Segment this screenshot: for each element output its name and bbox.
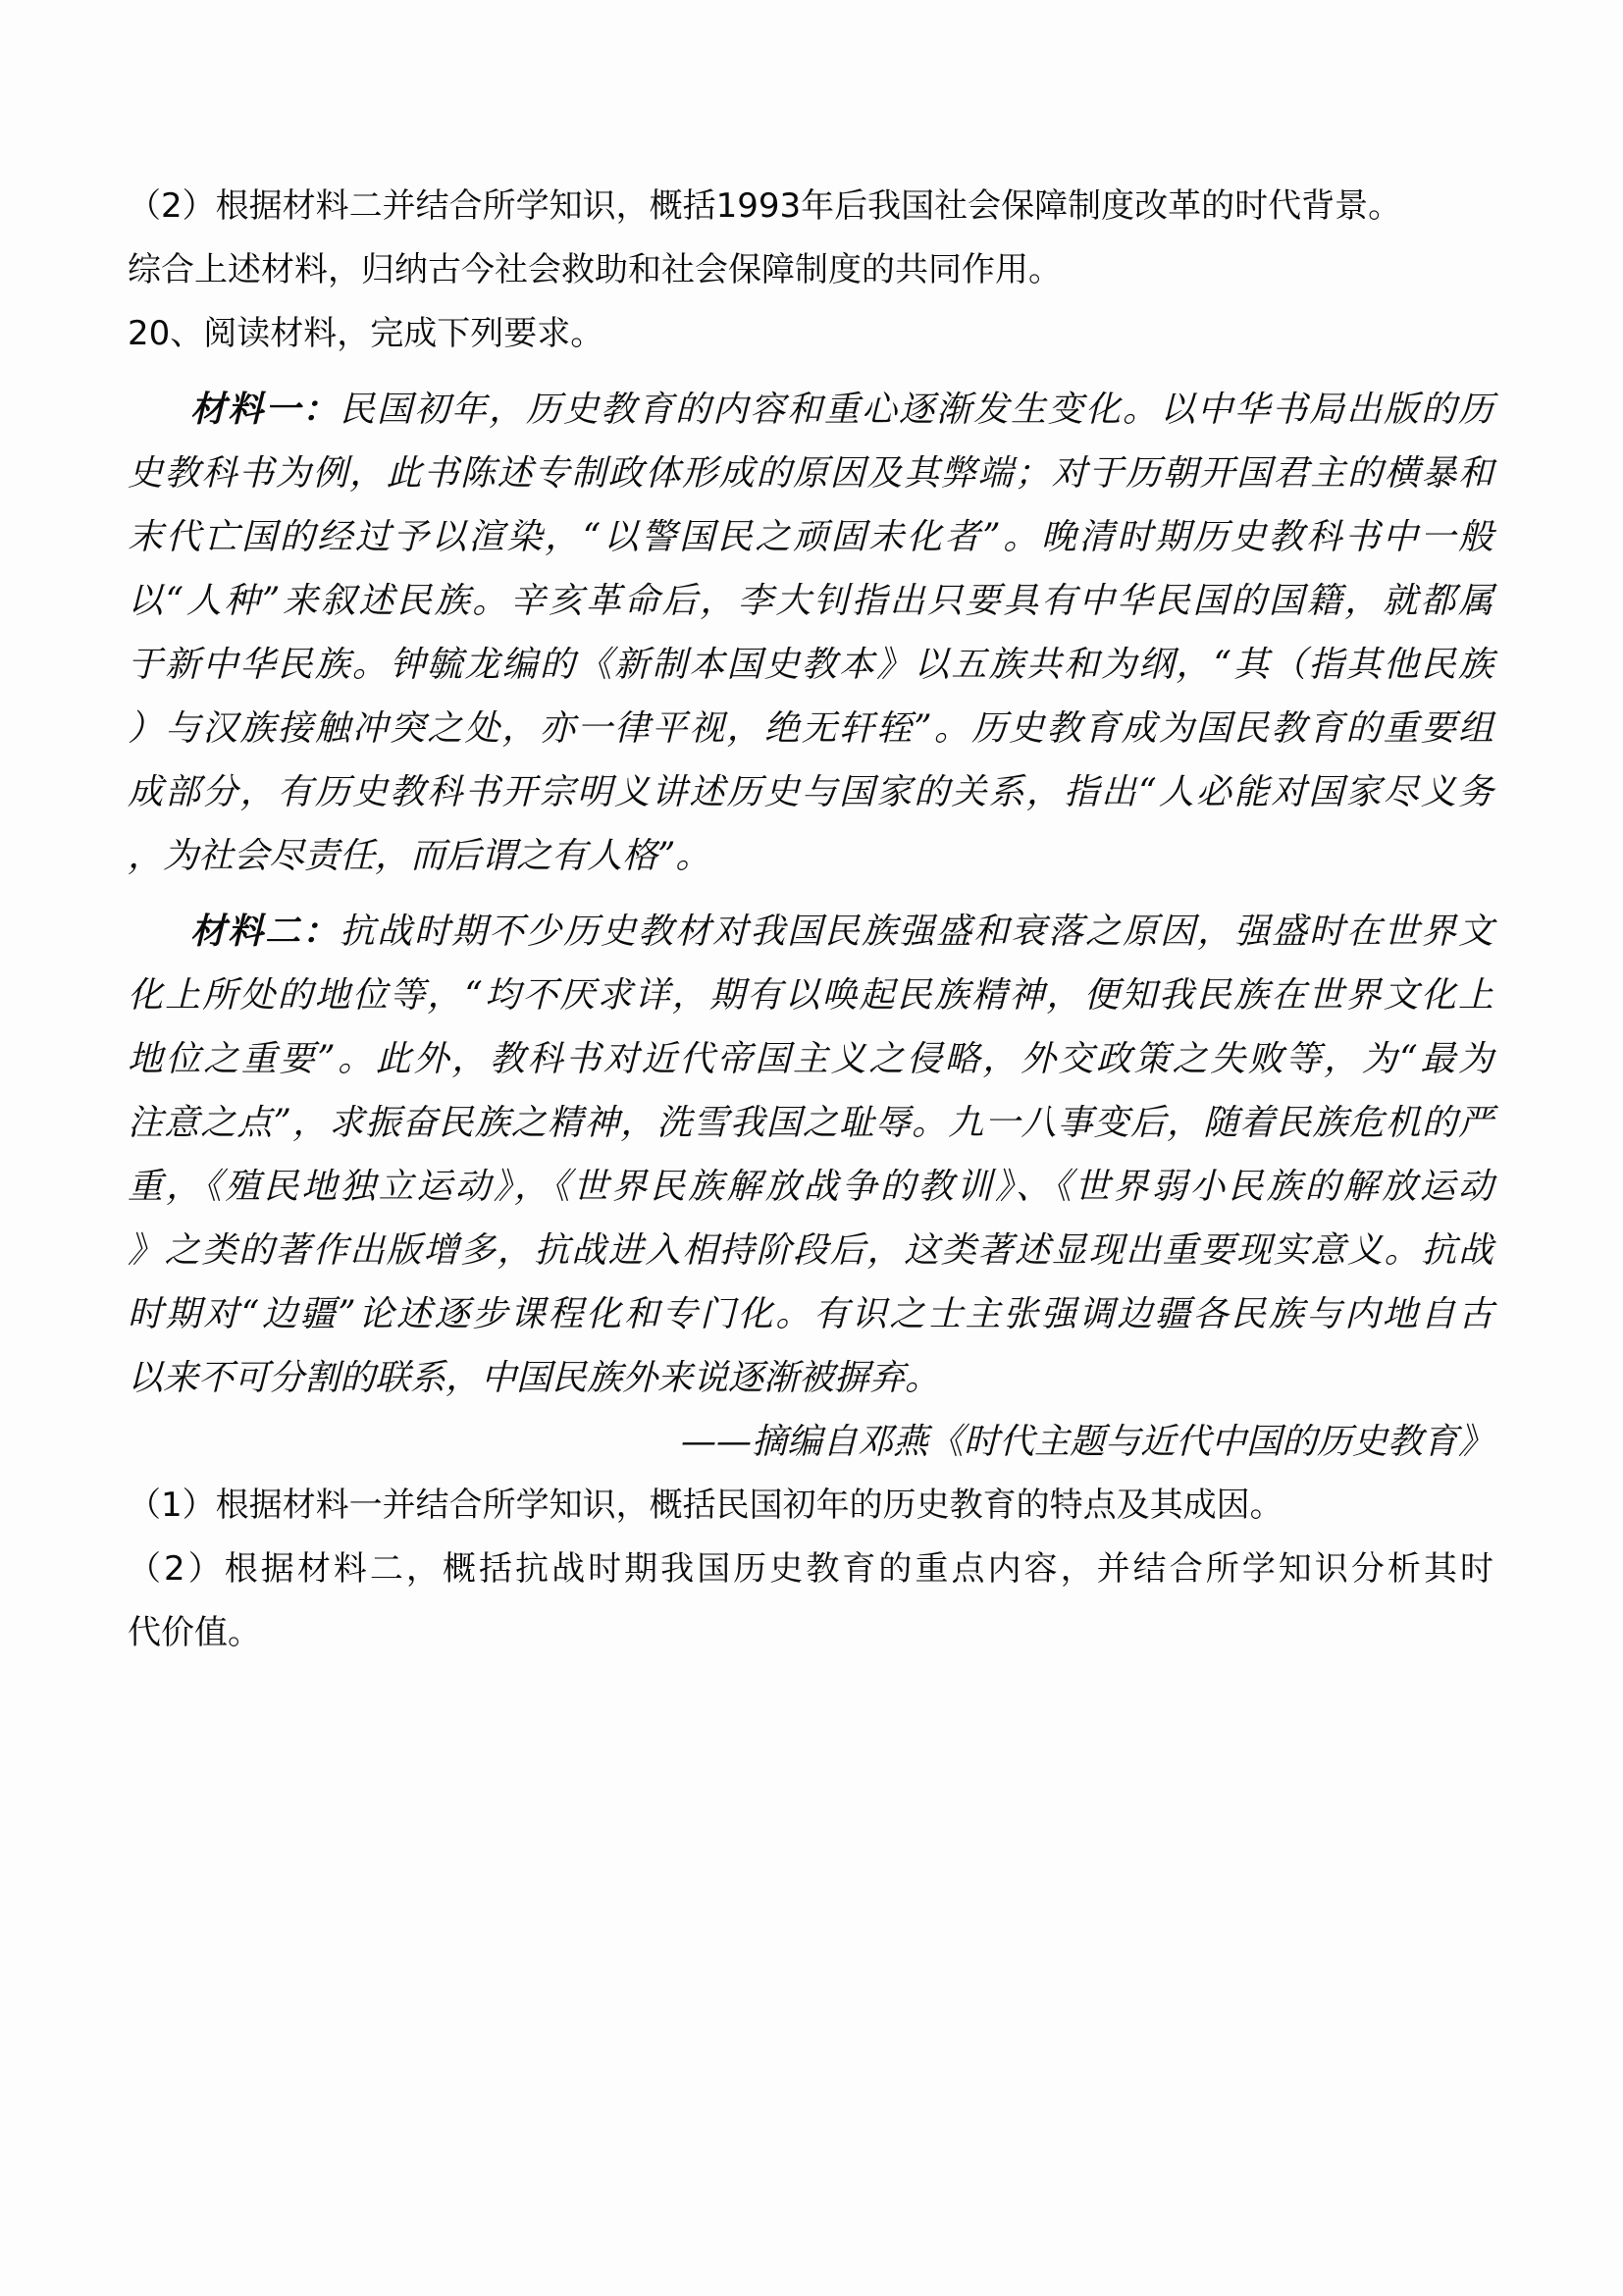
item-20-stem: 20、阅读材料，完成下列要求。 [128, 302, 1493, 366]
material-two-label: 材料二： [190, 911, 340, 952]
material-two-line: 地位之重要”。此外，教科书对近代帝国主义之侵略，外交政策之失败等，为“最为 [128, 1027, 1493, 1091]
page-content: （2）根据材料二并结合所学知识，概括1993年后我国社会保障制度改革的时代背景。… [128, 175, 1493, 1665]
material-one-line: 史教科书为例，此书陈述专制政体形成的原因及其弊端；对于历朝开国君主的横暴和 [128, 442, 1493, 505]
material-one-first-line: 材料一：民国初年，历史教育的内容和重心逐渐发生变化。以中华书局出版的历 [128, 378, 1493, 442]
material-one-line: 以“人种”来叙述民族。辛亥革命后，李大钊指出只要具有中华民国的国籍，就都属 [128, 569, 1493, 633]
material-one-label: 材料一： [190, 389, 340, 430]
material-one-line: 于新中华民族。钟毓龙编的《新制本国史教本》以五族共和为纲，“其（指其他民族 [128, 633, 1493, 697]
material-two-first-line: 材料二：抗战时期不少历史教材对我国民族强盛和衰落之原因，强盛时在世界文 [128, 900, 1493, 964]
material-two-first-line-text: 抗战时期不少历史教材对我国民族强盛和衰落之原因，强盛时在世界文 [340, 912, 1493, 952]
material-two-line: 》之类的著作出版增多，抗战进入相持阶段后，这类著述显现出重要现实意义。抗战 [128, 1219, 1493, 1282]
item-20-question-1: （1）根据材料一并结合所学知识，概括民国初年的历史教育的特点及其成因。 [128, 1474, 1493, 1538]
material-one-line: 末代亡国的经过予以渲染，“以警国民之顽固未化者”。晚清时期历史教科书中一般 [128, 505, 1493, 569]
material-two-line: 注意之点”，求振奋民族之精神，洗雪我国之耻辱。九一八事变后，随着民族危机的严 [128, 1091, 1493, 1155]
material-one-line: ）与汉族接触冲突之处，亦一律平视，绝无轩轾”。历史教育成为国民教育的重要组 [128, 697, 1493, 760]
material-one-first-line-text: 民国初年，历史教育的内容和重心逐渐发生变化。以中华书局出版的历 [340, 390, 1493, 430]
document-page: （2）根据材料二并结合所学知识，概括1993年后我国社会保障制度改革的时代背景。… [0, 0, 1623, 2296]
item-20-question-2-line-1: （2）根据材料二，概括抗战时期我国历史教育的重点内容，并结合所学知识分析其时 [128, 1538, 1493, 1601]
material-two-last-line: 以来不可分割的联系，中国民族外来说逐渐被摒弃。 [128, 1346, 1493, 1410]
material-two-line: 重，《殖民地独立运动》，《世界民族解放战争的教训》、《世界弱小民族的解放运动 [128, 1155, 1493, 1219]
material-one-line: 成部分，有历史教科书开宗明义讲述历史与国家的关系，指出“人必能对国家尽义务 [128, 760, 1493, 824]
item-20-question-2-line-2: 代价值。 [128, 1601, 1493, 1665]
question-2-prev-line-2: 综合上述材料，归纳古今社会救助和社会保障制度的共同作用。 [128, 238, 1493, 302]
material-two-line: 时期对“边疆”论述逐步课程化和专门化。有识之士主张强调边疆各民族与内地自古 [128, 1282, 1493, 1346]
question-2-prev-line-1: （2）根据材料二并结合所学知识，概括1993年后我国社会保障制度改革的时代背景。 [128, 175, 1493, 238]
material-two-line: 化上所处的地位等，“均不厌求详，期有以唤起民族精神，便知我民族在世界文化上 [128, 964, 1493, 1027]
source-attribution: ——摘编自邓燕《时代主题与近代中国的历史教育》 [128, 1410, 1493, 1474]
material-one-last-line: ，为社会尽责任，而后谓之有人格”。 [128, 824, 1493, 888]
